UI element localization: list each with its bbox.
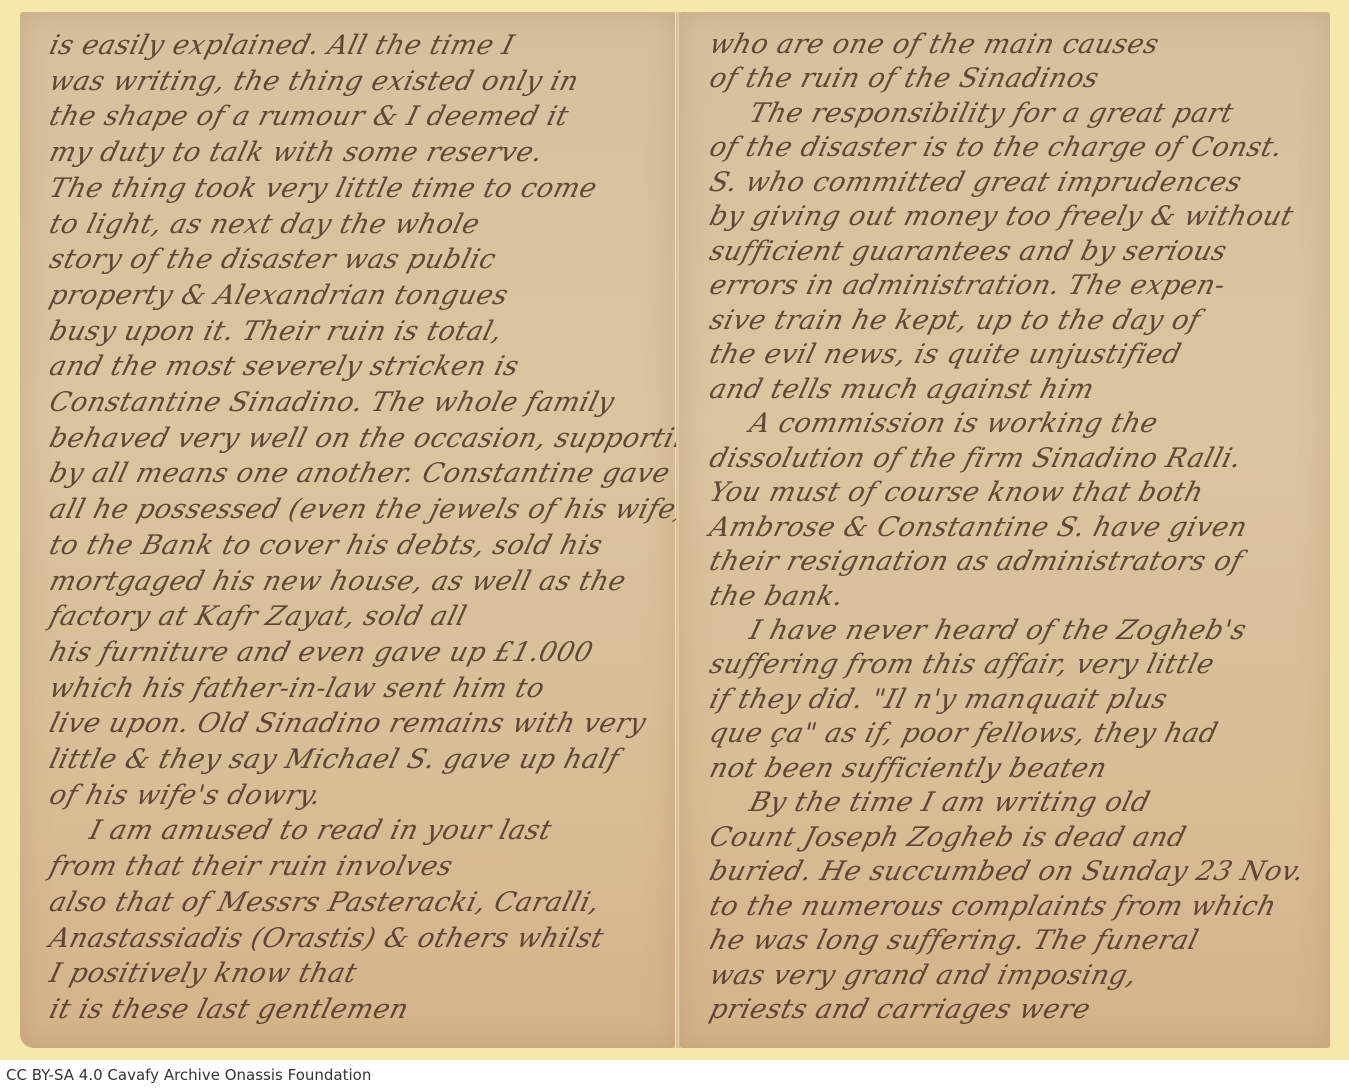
left-page: is easily explained. All the time Iwas w… <box>20 12 675 1048</box>
handwritten-line: live upon. Old Sinadino remains with ver… <box>46 706 660 742</box>
handwritten-line: to the Bank to cover his debts, sold his <box>46 528 660 564</box>
handwritten-line: it is these last gentlemen <box>46 992 660 1028</box>
handwritten-line: their resignation as administrators of <box>706 545 1315 579</box>
handwritten-line: of his wife's dowry. <box>46 778 660 814</box>
handwritten-line: he was long suffering. The funeral <box>706 924 1315 958</box>
handwritten-line: if they did. "Il n'y manquait plus <box>706 683 1315 717</box>
handwritten-line: behaved very well on the occasion, suppo… <box>46 421 660 457</box>
handwritten-line: all he possessed (even the jewels of his… <box>46 492 660 528</box>
handwritten-line: my duty to talk with some reserve. <box>46 135 660 171</box>
handwritten-line: suffering from this affair, very little <box>706 648 1315 682</box>
handwritten-line: By the time I am writing old <box>706 786 1315 820</box>
license-caption: CC BY-SA 4.0 Cavafy Archive Onassis Foun… <box>6 1066 371 1084</box>
handwritten-line: buried. He succumbed on Sunday 23 Nov. <box>706 855 1315 889</box>
handwritten-line: Constantine Sinadino. The whole family <box>46 385 660 421</box>
handwritten-line: who are one of the main causes <box>706 28 1315 62</box>
handwritten-line: which his father-in-law sent him to <box>46 671 660 707</box>
handwritten-line: is easily explained. All the time I <box>46 28 660 64</box>
scanned-letter: is easily explained. All the time Iwas w… <box>0 0 1349 1060</box>
handwritten-line: the shape of a rumour & I deemed it <box>46 99 660 135</box>
handwritten-line: I have never heard of the Zogheb's <box>706 614 1315 648</box>
handwritten-line: S. who committed great imprudences <box>706 166 1315 200</box>
handwritten-line: the bank. <box>706 580 1315 614</box>
handwritten-line: busy upon it. Their ruin is total, <box>46 314 660 350</box>
handwritten-line: of the ruin of the Sinadinos <box>706 62 1315 96</box>
handwritten-line: dissolution of the firm Sinadino Ralli. <box>706 442 1315 476</box>
handwritten-line: little & they say Michael S. gave up hal… <box>46 742 660 778</box>
handwritten-line: sufficient guarantees and by serious <box>706 235 1315 269</box>
handwritten-line: by giving out money too freely & without <box>706 200 1315 234</box>
handwritten-line: The responsibility for a great part <box>706 97 1315 131</box>
handwritten-line: from that their ruin involves <box>46 849 660 885</box>
handwritten-line: Anastassiadis (Orastis) & others whilst <box>46 921 660 957</box>
handwritten-line: errors in administration. The expen- <box>706 269 1315 303</box>
handwritten-line: que ça" as if, poor fellows, they had <box>706 717 1315 751</box>
handwritten-line: Ambrose & Constantine S. have given <box>706 511 1315 545</box>
handwritten-line: I positively know that <box>46 956 660 992</box>
handwritten-line: Count Joseph Zogheb is dead and <box>706 821 1315 855</box>
handwritten-line: The thing took very little time to come <box>46 171 660 207</box>
handwritten-line: priests and carriages were <box>706 993 1315 1027</box>
handwritten-line: and tells much against him <box>706 373 1315 407</box>
handwritten-line: story of the disaster was public <box>46 242 660 278</box>
handwritten-line: also that of Messrs Pasteracki, Caralli, <box>46 885 660 921</box>
handwritten-line: You must of course know that both <box>706 476 1315 510</box>
handwritten-line: to the numerous complaints from which <box>706 890 1315 924</box>
handwritten-line: was writing, the thing existed only in <box>46 64 660 100</box>
handwritten-line: I am amused to read in your last <box>46 813 660 849</box>
handwritten-line: not been sufficiently beaten <box>706 752 1315 786</box>
right-page: who are one of the main causesof the rui… <box>680 12 1330 1048</box>
handwritten-line: by all means one another. Constantine ga… <box>46 456 660 492</box>
handwritten-line: and the most severely stricken is <box>46 349 660 385</box>
handwritten-line: A commission is working the <box>706 407 1315 441</box>
handwritten-line: mortgaged his new house, as well as the <box>46 564 660 600</box>
handwritten-line: was very grand and imposing, <box>706 959 1315 993</box>
handwritten-line: his furniture and even gave up £1.000 <box>46 635 660 671</box>
handwritten-line: of the disaster is to the charge of Cons… <box>706 131 1315 165</box>
left-page-text: is easily explained. All the time Iwas w… <box>50 28 655 1028</box>
handwritten-line: factory at Kafr Zayat, sold all <box>46 599 660 635</box>
handwritten-line: the evil news, is quite unjustified <box>706 338 1315 372</box>
handwritten-line: property & Alexandrian tongues <box>46 278 660 314</box>
right-page-text: who are one of the main causesof the rui… <box>710 28 1310 1028</box>
handwritten-line: to light, as next day the whole <box>46 207 660 243</box>
handwritten-line: sive train he kept, up to the day of <box>706 304 1315 338</box>
